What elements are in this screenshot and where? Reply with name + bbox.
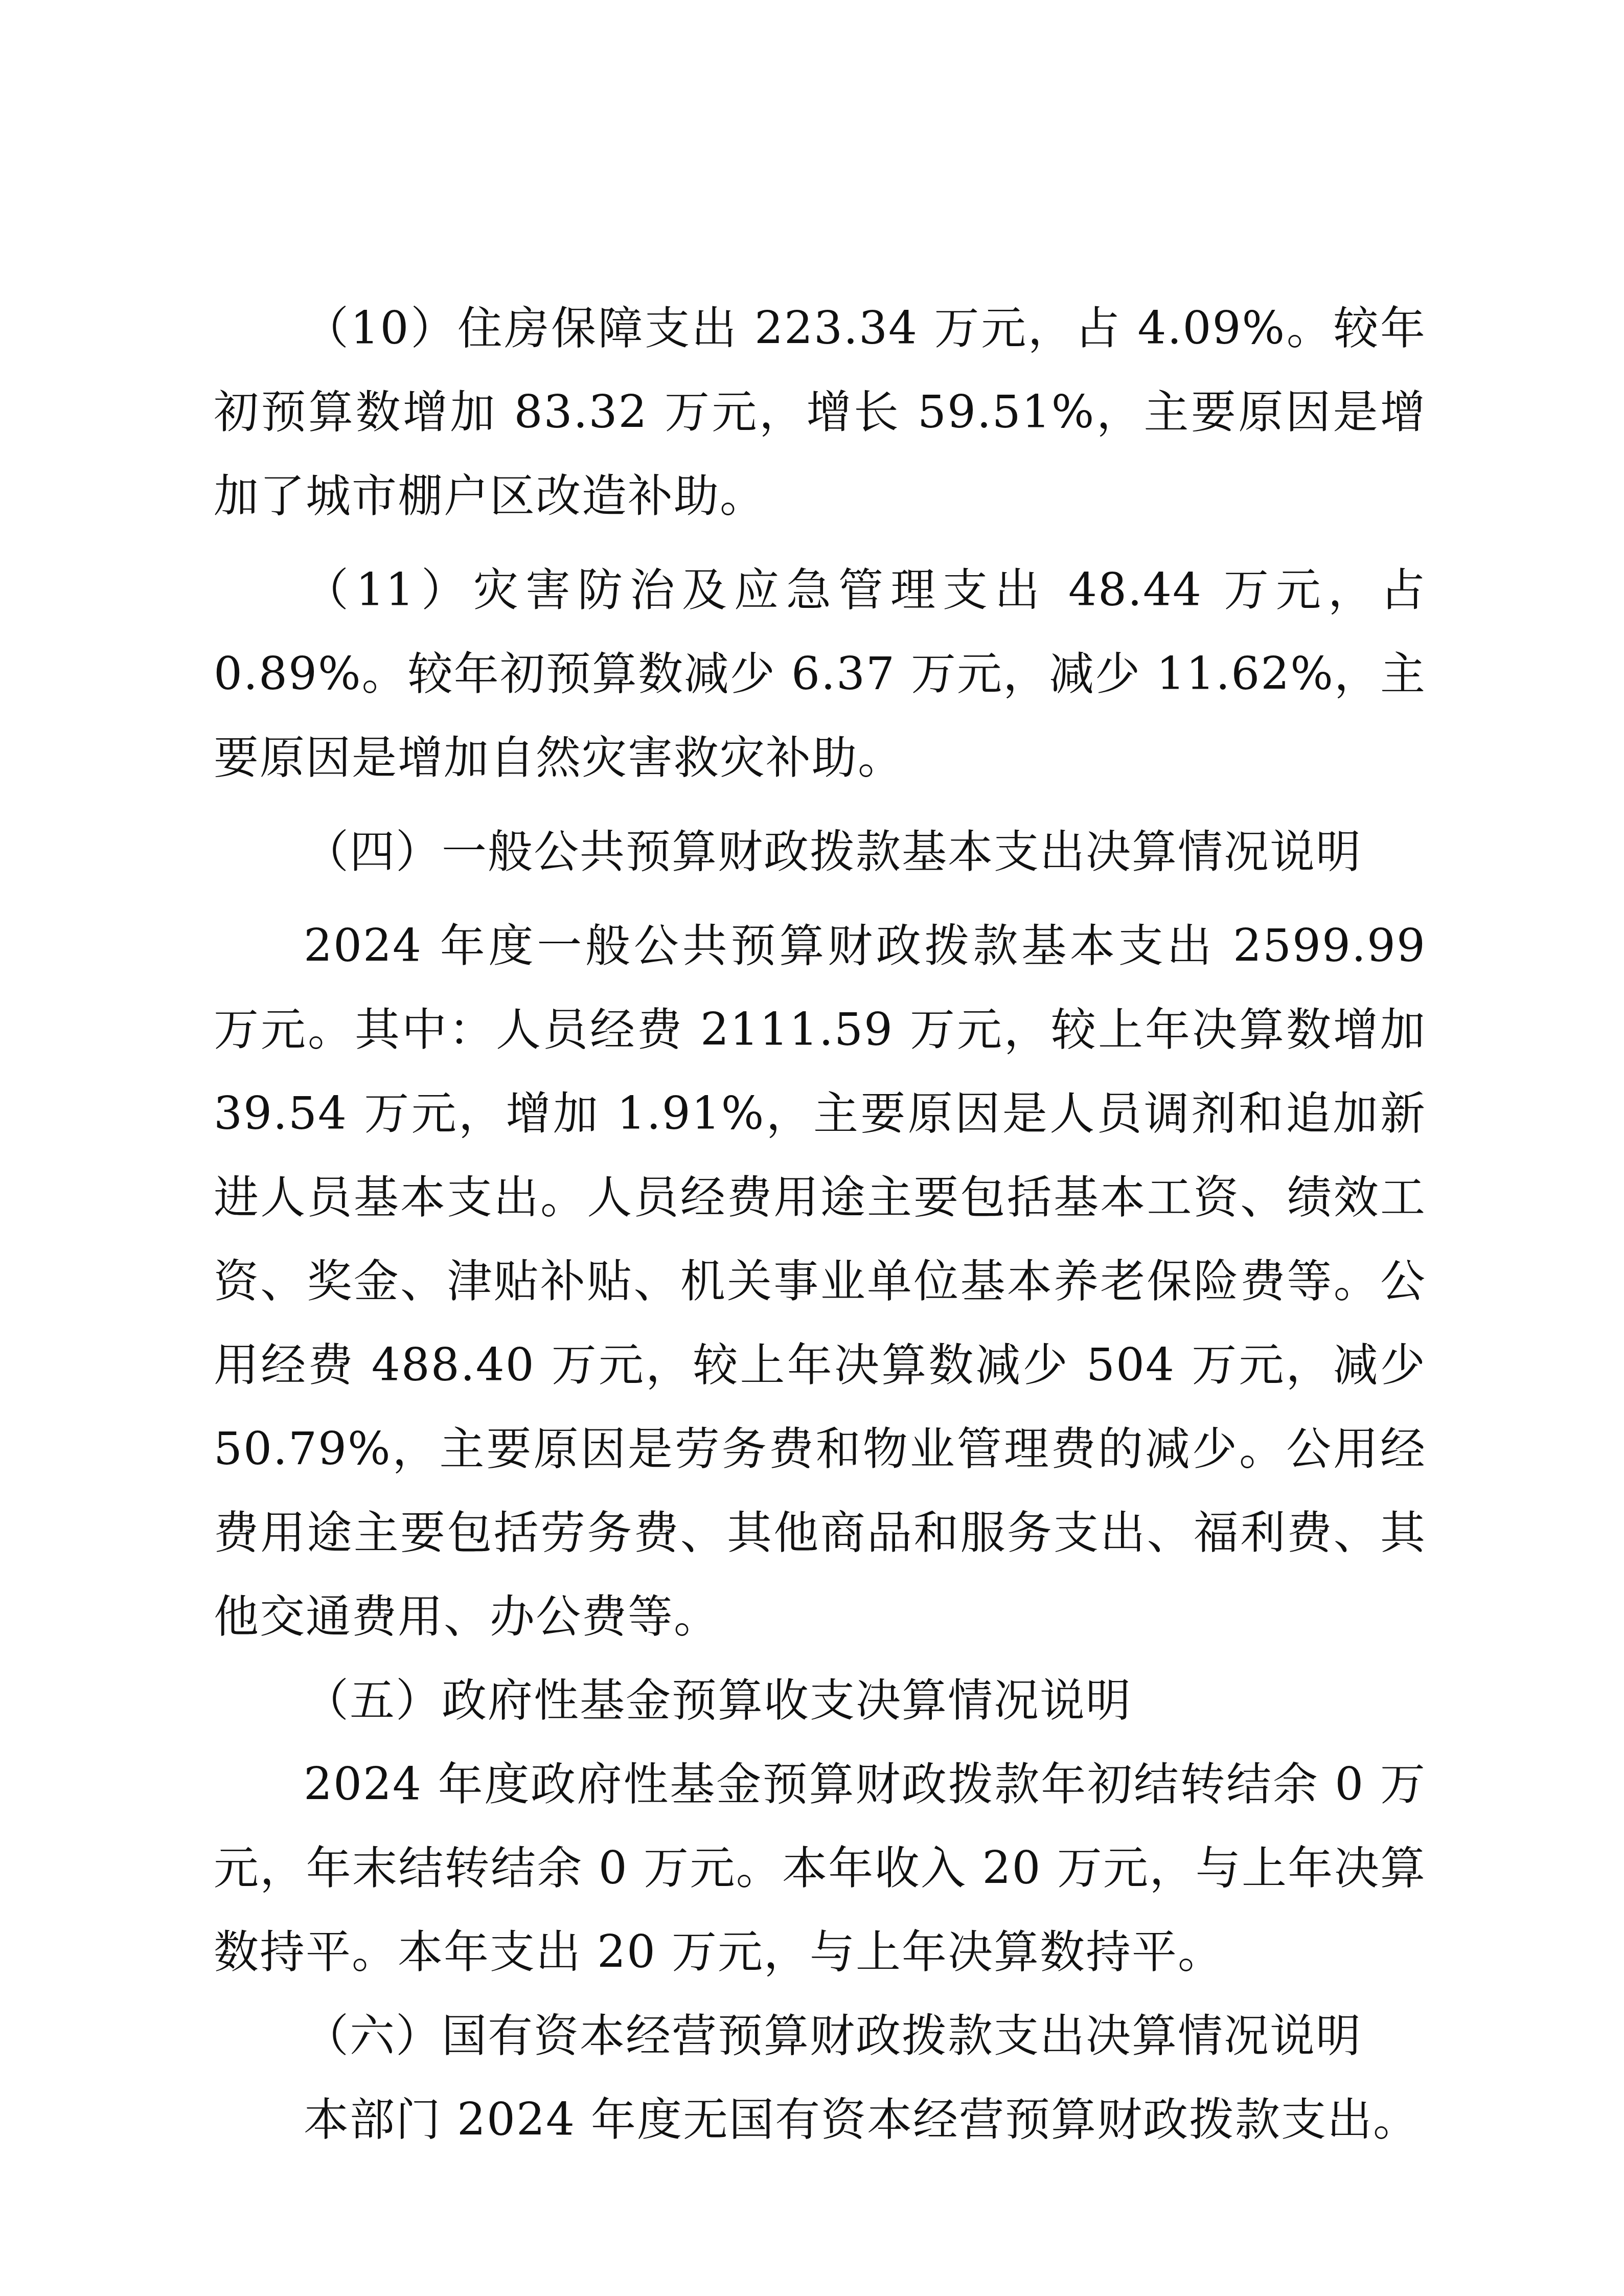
paragraph-basic-expenditure: 2024 年度一般公共预算财政拨款基本支出 2599.99 万元。其中：人员经费… — [214, 904, 1426, 1658]
section-heading-basic-expenditure: （四）一般公共预算财政拨款基本支出决算情况说明 — [214, 810, 1426, 894]
paragraph-state-capital: 本部门 2024 年度无国有资本经营预算财政拨款支出。 — [214, 2078, 1426, 2162]
section-heading-state-capital: （六）国有资本经营预算财政拨款支出决算情况说明 — [214, 1994, 1426, 2078]
item-disaster-prevention: （11）灾害防治及应急管理支出 48.44 万元，占 0.89%。较年初预算数减… — [214, 548, 1426, 800]
section-heading-government-fund: （五）政府性基金预算收支决算情况说明 — [214, 1658, 1426, 1742]
paragraph-government-fund: 2024 年度政府性基金预算财政拨款年初结转结余 0 万元，年末结转结余 0 万… — [214, 1742, 1426, 1994]
item-housing-security: （10）住房保障支出 223.34 万元，占 4.09%。较年初预算数增加 83… — [214, 286, 1426, 538]
document-page: （10）住房保障支出 223.34 万元，占 4.09%。较年初预算数增加 83… — [214, 286, 1426, 2162]
